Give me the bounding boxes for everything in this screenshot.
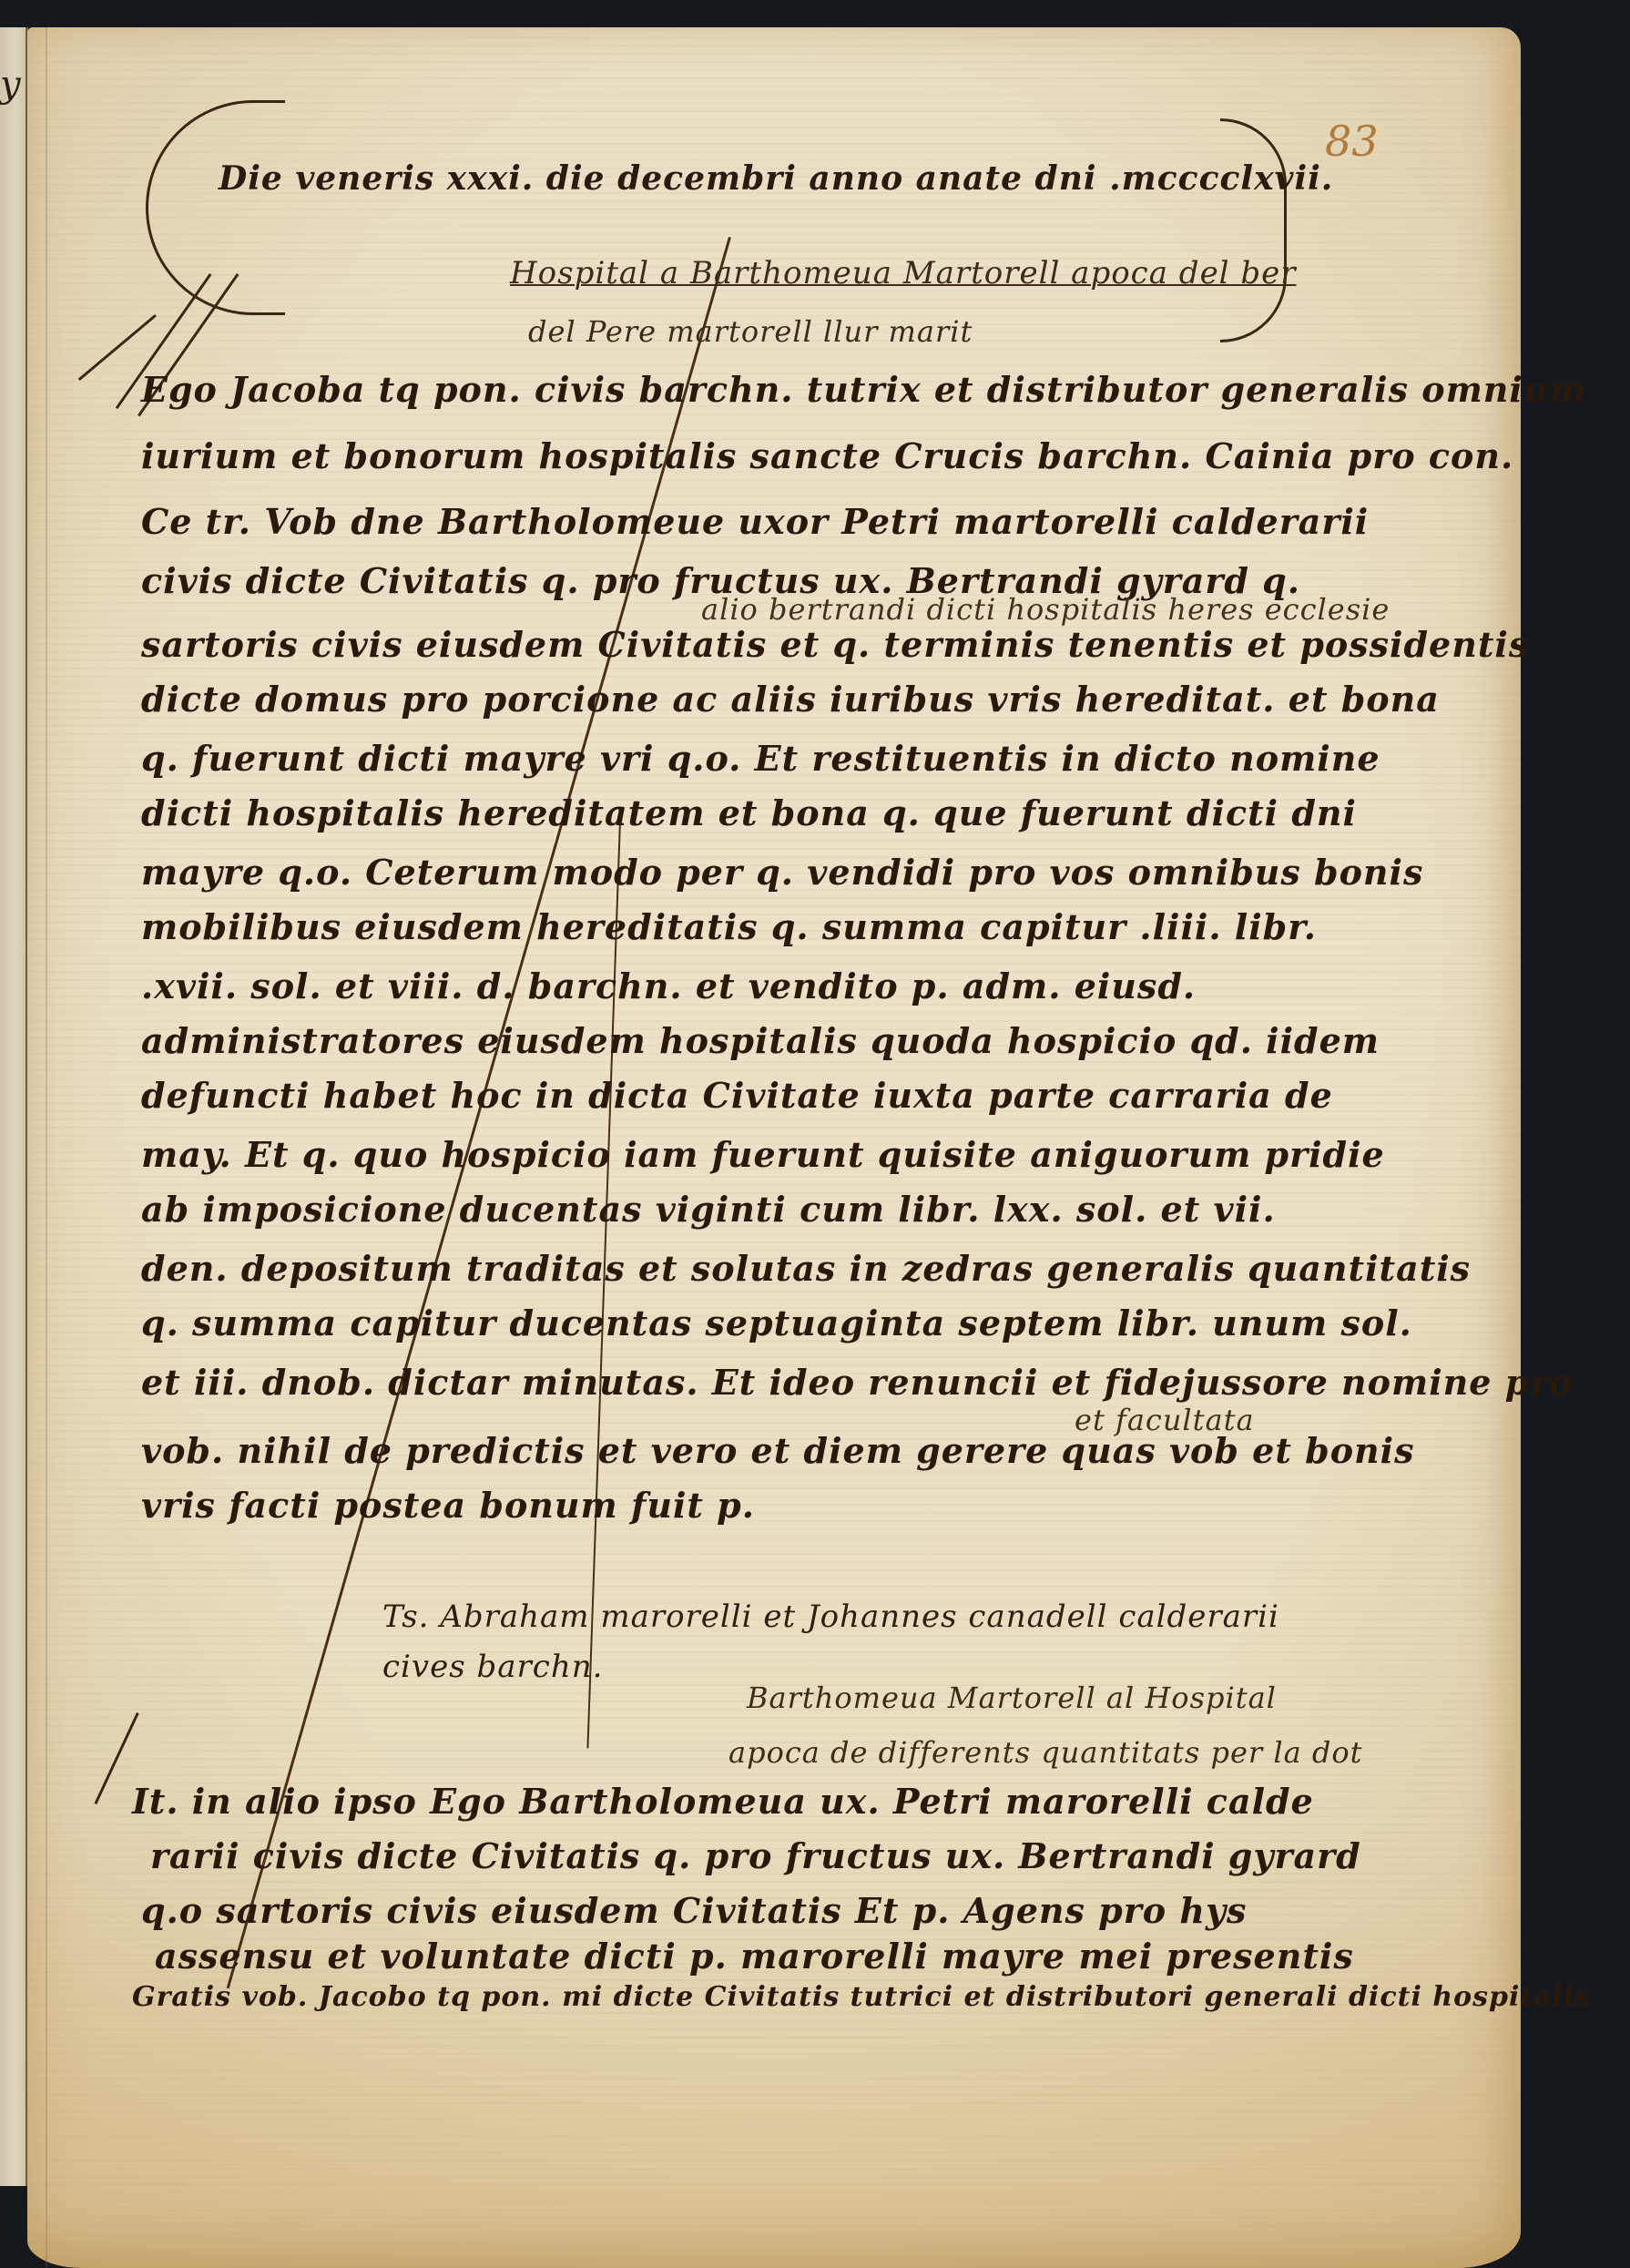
rubric2-line-1: Barthomeua Martorell al Hospital [747, 1681, 1277, 1715]
entry1-line-9: mayre q.o. Ceterum modo per q. vendidi p… [141, 852, 1423, 893]
entry-heading-date: Die veneris xxxi. die decembri anno anat… [219, 159, 1333, 198]
entry2-line-5: Gratis vob. Jacobo tq pon. mi dicte Civi… [132, 1981, 1591, 2013]
witnesses-line-2: cives barchn. [382, 1649, 603, 1685]
entry1-line-15: ab imposicione ducentas viginti cum libr… [141, 1189, 1276, 1230]
entry1-line-14: may. Et q. quo hospicio iam fuerunt quis… [141, 1134, 1385, 1175]
rubric2-line-2: apoca de differents quantitats per la do… [728, 1735, 1362, 1770]
rubric-line-2: del Pere martorell llur marit [528, 314, 973, 349]
witnesses-line-1: Ts. Abraham marorelli et Johannes canade… [382, 1599, 1279, 1635]
entry1-line-7: q. fuerunt dicti mayre vri q.o. Et resti… [141, 738, 1380, 779]
entry1-line-17: q. summa capitur ducentas septuaginta se… [141, 1303, 1412, 1343]
entry1-line-10: mobilibus eiusdem hereditatis q. summa c… [141, 906, 1317, 947]
entry1-line-6: dicte domus pro porcione ac aliis iuribu… [141, 679, 1440, 720]
entry1-line-11: .xvii. sol. et viii. d. barchn. et vendi… [141, 965, 1196, 1006]
entry1-line-1: Ego Jacoba tq pon. civis barchn. tutrix … [141, 369, 1587, 410]
folio-number: 83 [1325, 117, 1379, 166]
entry2-line-3: q.o sartoris civis eiusdem Civitatis Et … [141, 1890, 1247, 1931]
previous-page-margin-mark: y [0, 64, 21, 106]
entry1-interlinear-note: alio bertrandi dicti hospitalis heres ec… [701, 592, 1390, 627]
entry1-line-18: et iii. dnob. dictar minutas. Et ideo re… [141, 1362, 1574, 1403]
entry2-line-4: assensu et voluntate dicti p. marorelli … [155, 1936, 1354, 1977]
entry1-line-19: vob. nihil de predictis et vero et diem … [141, 1430, 1415, 1471]
previous-page-edge: y [0, 27, 28, 2186]
entry1-line-12: administratores eiusdem hospitalis quoda… [141, 1020, 1380, 1061]
entry1-line-13: defuncti habet hoc in dicta Civitate iux… [141, 1075, 1333, 1116]
entry1-line-2: iurium et bonorum hospitalis sancte Cruc… [141, 435, 1513, 476]
entry2-line-2: rarii civis dicte Civitatis q. pro fruct… [150, 1835, 1361, 1876]
heading-bracket-right [1220, 118, 1287, 342]
entry1-line-8: dicti hospitalis hereditatem et bona q. … [141, 792, 1357, 833]
entry1-line-3: Ce tr. Vob dne Bartholomeue uxor Petri m… [141, 501, 1369, 542]
entry1-line-5: sartoris civis eiusdem Civitatis et q. t… [141, 624, 1529, 665]
rubric-line-1: Hospital a Barthomeua Martorell apoca de… [510, 255, 1297, 291]
entry2-line-1: It. in alio ipso Ego Bartholomeua ux. Pe… [132, 1781, 1314, 1822]
entry1-line-16: den. depositum traditas et solutas in ze… [141, 1248, 1471, 1289]
entry1-line-20: vris facti postea bonum fuit p. [141, 1485, 755, 1526]
